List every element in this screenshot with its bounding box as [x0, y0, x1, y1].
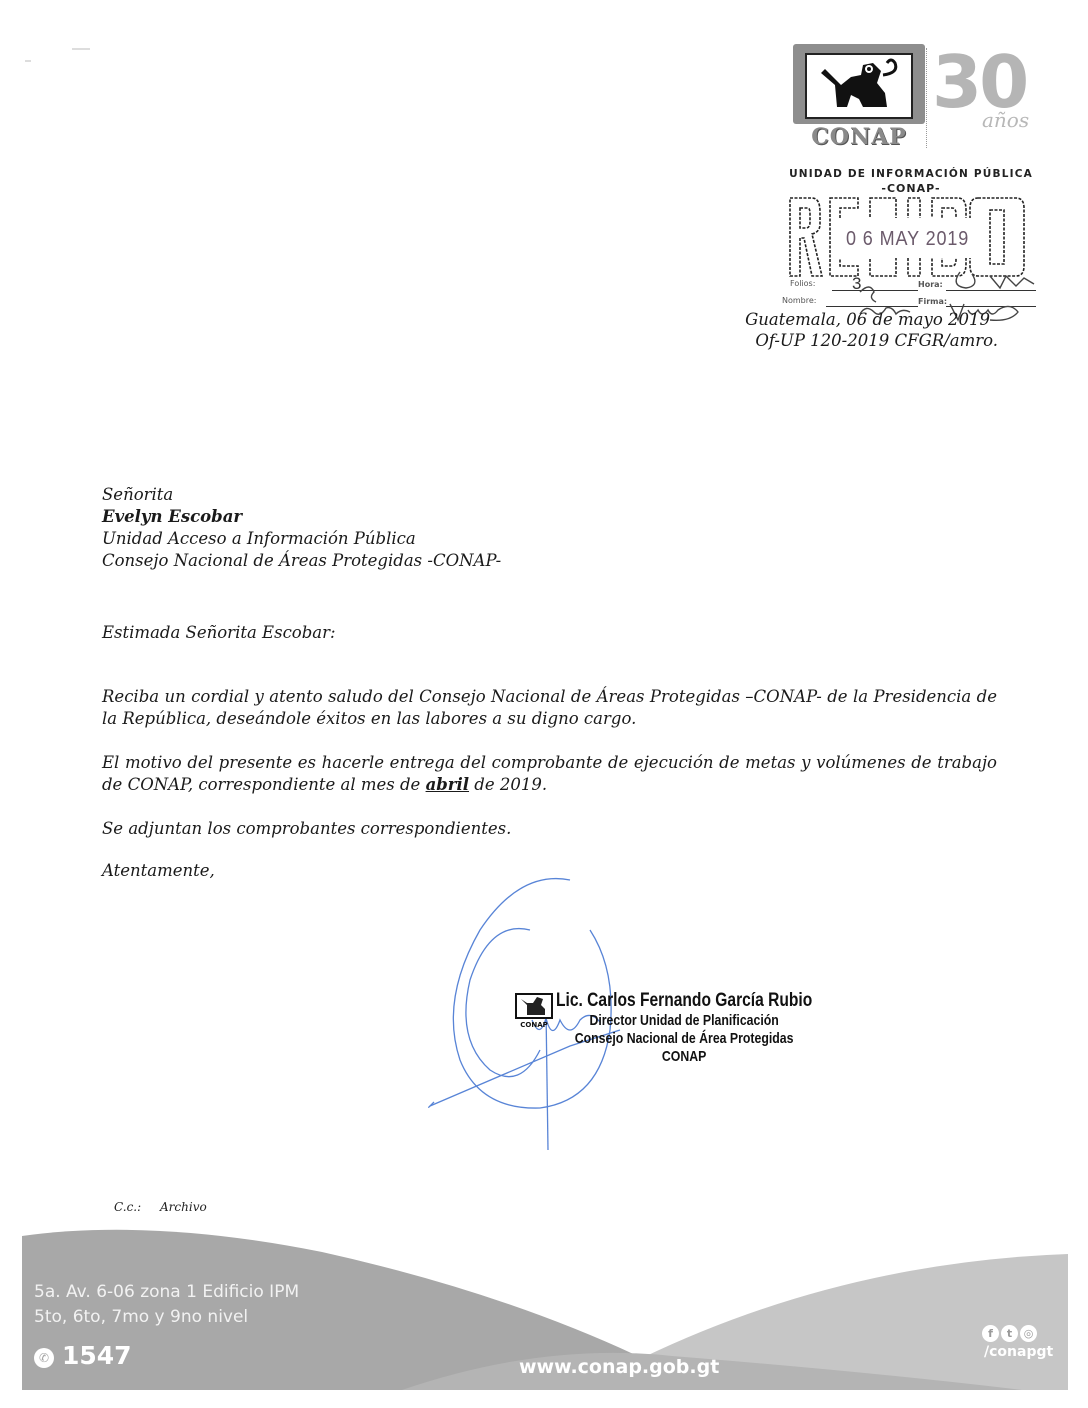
logo-text: CONAP — [793, 124, 925, 150]
paragraph-1: Reciba un cordial y atento saludo del Co… — [102, 686, 997, 730]
letter-date: Guatemala, 06 de mayo 2019 — [745, 310, 990, 329]
signer-organization: Consejo Nacional de Área Protegidas — [556, 1030, 812, 1048]
footer-social-handle: /conapgt — [984, 1344, 1053, 1360]
greeting: Estimada Señorita Escobar: — [102, 622, 336, 644]
paragraph-3: Se adjuntan los comprobantes correspondi… — [102, 818, 511, 840]
footer-social-icons: ft◎ — [982, 1322, 1039, 1342]
signer-name: Lic. Carlos Fernando García Rubio — [556, 990, 812, 1012]
recipient-organization: Consejo Nacional de Áreas Protegidas -CO… — [102, 550, 501, 572]
logo-divider — [926, 48, 927, 148]
footer-phone-number: 1547 — [62, 1341, 132, 1370]
footer-phone: ✆1547 — [34, 1341, 132, 1370]
stamp-unit: UNIDAD DE INFORMACIÓN PÚBLICA — [786, 168, 1036, 180]
instagram-icon[interactable]: ◎ — [1020, 1325, 1037, 1342]
paragraph-2-tail: de 2019. — [469, 775, 547, 794]
recipient-name: Evelyn Escobar — [102, 506, 242, 528]
signer-acronym: CONAP — [556, 1048, 812, 1066]
cc-value: Archivo — [160, 1200, 207, 1214]
facebook-icon[interactable]: f — [982, 1325, 999, 1342]
monkey-emblem-icon — [805, 53, 913, 119]
footer-website[interactable]: www.conap.gob.gt — [519, 1356, 719, 1378]
scan-artifact — [25, 60, 31, 62]
footer-address-line-1: 5a. Av. 6-06 zona 1 Edificio IPM — [34, 1280, 299, 1304]
recipient-title: Señorita — [102, 484, 173, 506]
signature-block: Lic. Carlos Fernando García Rubio Direct… — [556, 990, 812, 1066]
stamp-date: 0 6 MAY 2019 — [846, 228, 969, 251]
paragraph-1-text: Reciba un cordial y atento saludo del Co… — [102, 687, 997, 728]
closing: Atentamente, — [102, 860, 215, 882]
anniversary-word: años — [982, 108, 1029, 132]
paragraph-2: El motivo del presente es hacerle entreg… — [102, 752, 997, 796]
recipient-unit: Unidad Acceso a Información Pública — [102, 528, 416, 550]
svg-text:CONAP: CONAP — [520, 1021, 548, 1029]
cc-label: C.c.: — [114, 1200, 141, 1214]
phone-icon: ✆ — [34, 1348, 54, 1368]
logo-frame — [793, 44, 925, 124]
signer-title: Director Unidad de Planificación — [556, 1012, 812, 1030]
stamp-nombre-label: Nombre: — [782, 296, 816, 305]
conap-logo: CONAP — [793, 44, 925, 149]
stamp-folios-label: Folios: — [790, 279, 815, 288]
month-emphasis: abril — [426, 775, 469, 794]
scan-artifact — [72, 48, 90, 50]
letter-reference: Of-UP 120-2019 CFGR/amro. — [755, 331, 998, 350]
twitter-icon[interactable]: t — [1001, 1325, 1018, 1342]
footer-address-line-2: 5to, 6to, 7mo y 9no nivel — [34, 1305, 248, 1329]
signature-conap-logo: CONAP — [515, 993, 553, 1029]
paragraph-2-text: El motivo del presente es hacerle entreg… — [102, 753, 997, 794]
